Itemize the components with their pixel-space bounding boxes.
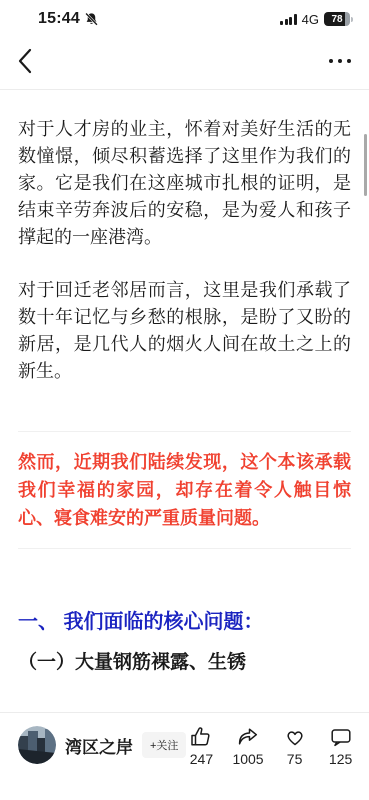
- follow-button[interactable]: +关注: [142, 732, 186, 758]
- author-block: 湾区之岸 +关注: [18, 723, 186, 767]
- thumbs-up-icon: [189, 725, 213, 749]
- comment-bubble-icon: [329, 725, 353, 749]
- sub-heading: （一）大量钢筋裸露、生锈: [18, 649, 351, 676]
- status-bar: 15:44 4G 78: [0, 0, 369, 32]
- author-avatar[interactable]: [18, 726, 56, 764]
- share-count: 1005: [232, 752, 263, 766]
- engagement-actions: 247 1005 75: [186, 723, 355, 800]
- comment-button[interactable]: 125: [326, 725, 356, 766]
- heart-count: 75: [287, 752, 303, 766]
- heart-icon: [283, 725, 307, 749]
- cellular-signal-icon: [280, 14, 297, 25]
- nav-bar: [0, 32, 369, 90]
- article-paragraph: 对于人才房的业主，怀着对美好生活的无数憧憬，倾尽积蓄选择了这里作为我们的家。它是…: [18, 116, 351, 251]
- battery-nub: [351, 17, 353, 22]
- share-button[interactable]: 1005: [232, 725, 263, 766]
- section-heading: 一、 我们面临的核心问题：: [18, 609, 351, 636]
- chevron-left-icon: [18, 48, 32, 74]
- section-divider: [18, 548, 351, 549]
- like-button[interactable]: 247: [186, 725, 216, 766]
- scrollbar-thumb[interactable]: [364, 134, 367, 196]
- warning-paragraph: 然而，近期我们陆续发现，这个本该承载我们幸福的家园，却存在着令人触目惊心、寝食难…: [18, 448, 351, 532]
- ellipsis-icon: [329, 59, 351, 63]
- network-type-label: 4G: [302, 12, 319, 27]
- back-button[interactable]: [18, 48, 32, 74]
- article-body: 对于人才房的业主，怀着对美好生活的无数憧憬，倾尽积蓄选择了这里作为我们的家。它是…: [0, 116, 369, 676]
- mute-bell-slash-icon: [84, 12, 99, 27]
- more-options-button[interactable]: [329, 59, 351, 63]
- share-arrow-icon: [236, 725, 260, 749]
- section-divider: [18, 431, 351, 432]
- battery-icon: 78: [324, 12, 353, 26]
- article-paragraph: 对于回迁老邻居而言，这里是我们承载了数十年记忆与乡愁的根脉，是盼了又盼的新居，是…: [18, 277, 351, 385]
- like-count: 247: [190, 752, 213, 766]
- battery-percent: 78: [324, 12, 350, 26]
- heart-button[interactable]: 75: [280, 725, 310, 766]
- author-name[interactable]: 湾区之岸: [65, 733, 133, 758]
- comment-count: 125: [329, 752, 352, 766]
- clock-time: 15:44: [38, 10, 80, 28]
- footer-bar: 湾区之岸 +关注 247 1005: [0, 712, 369, 800]
